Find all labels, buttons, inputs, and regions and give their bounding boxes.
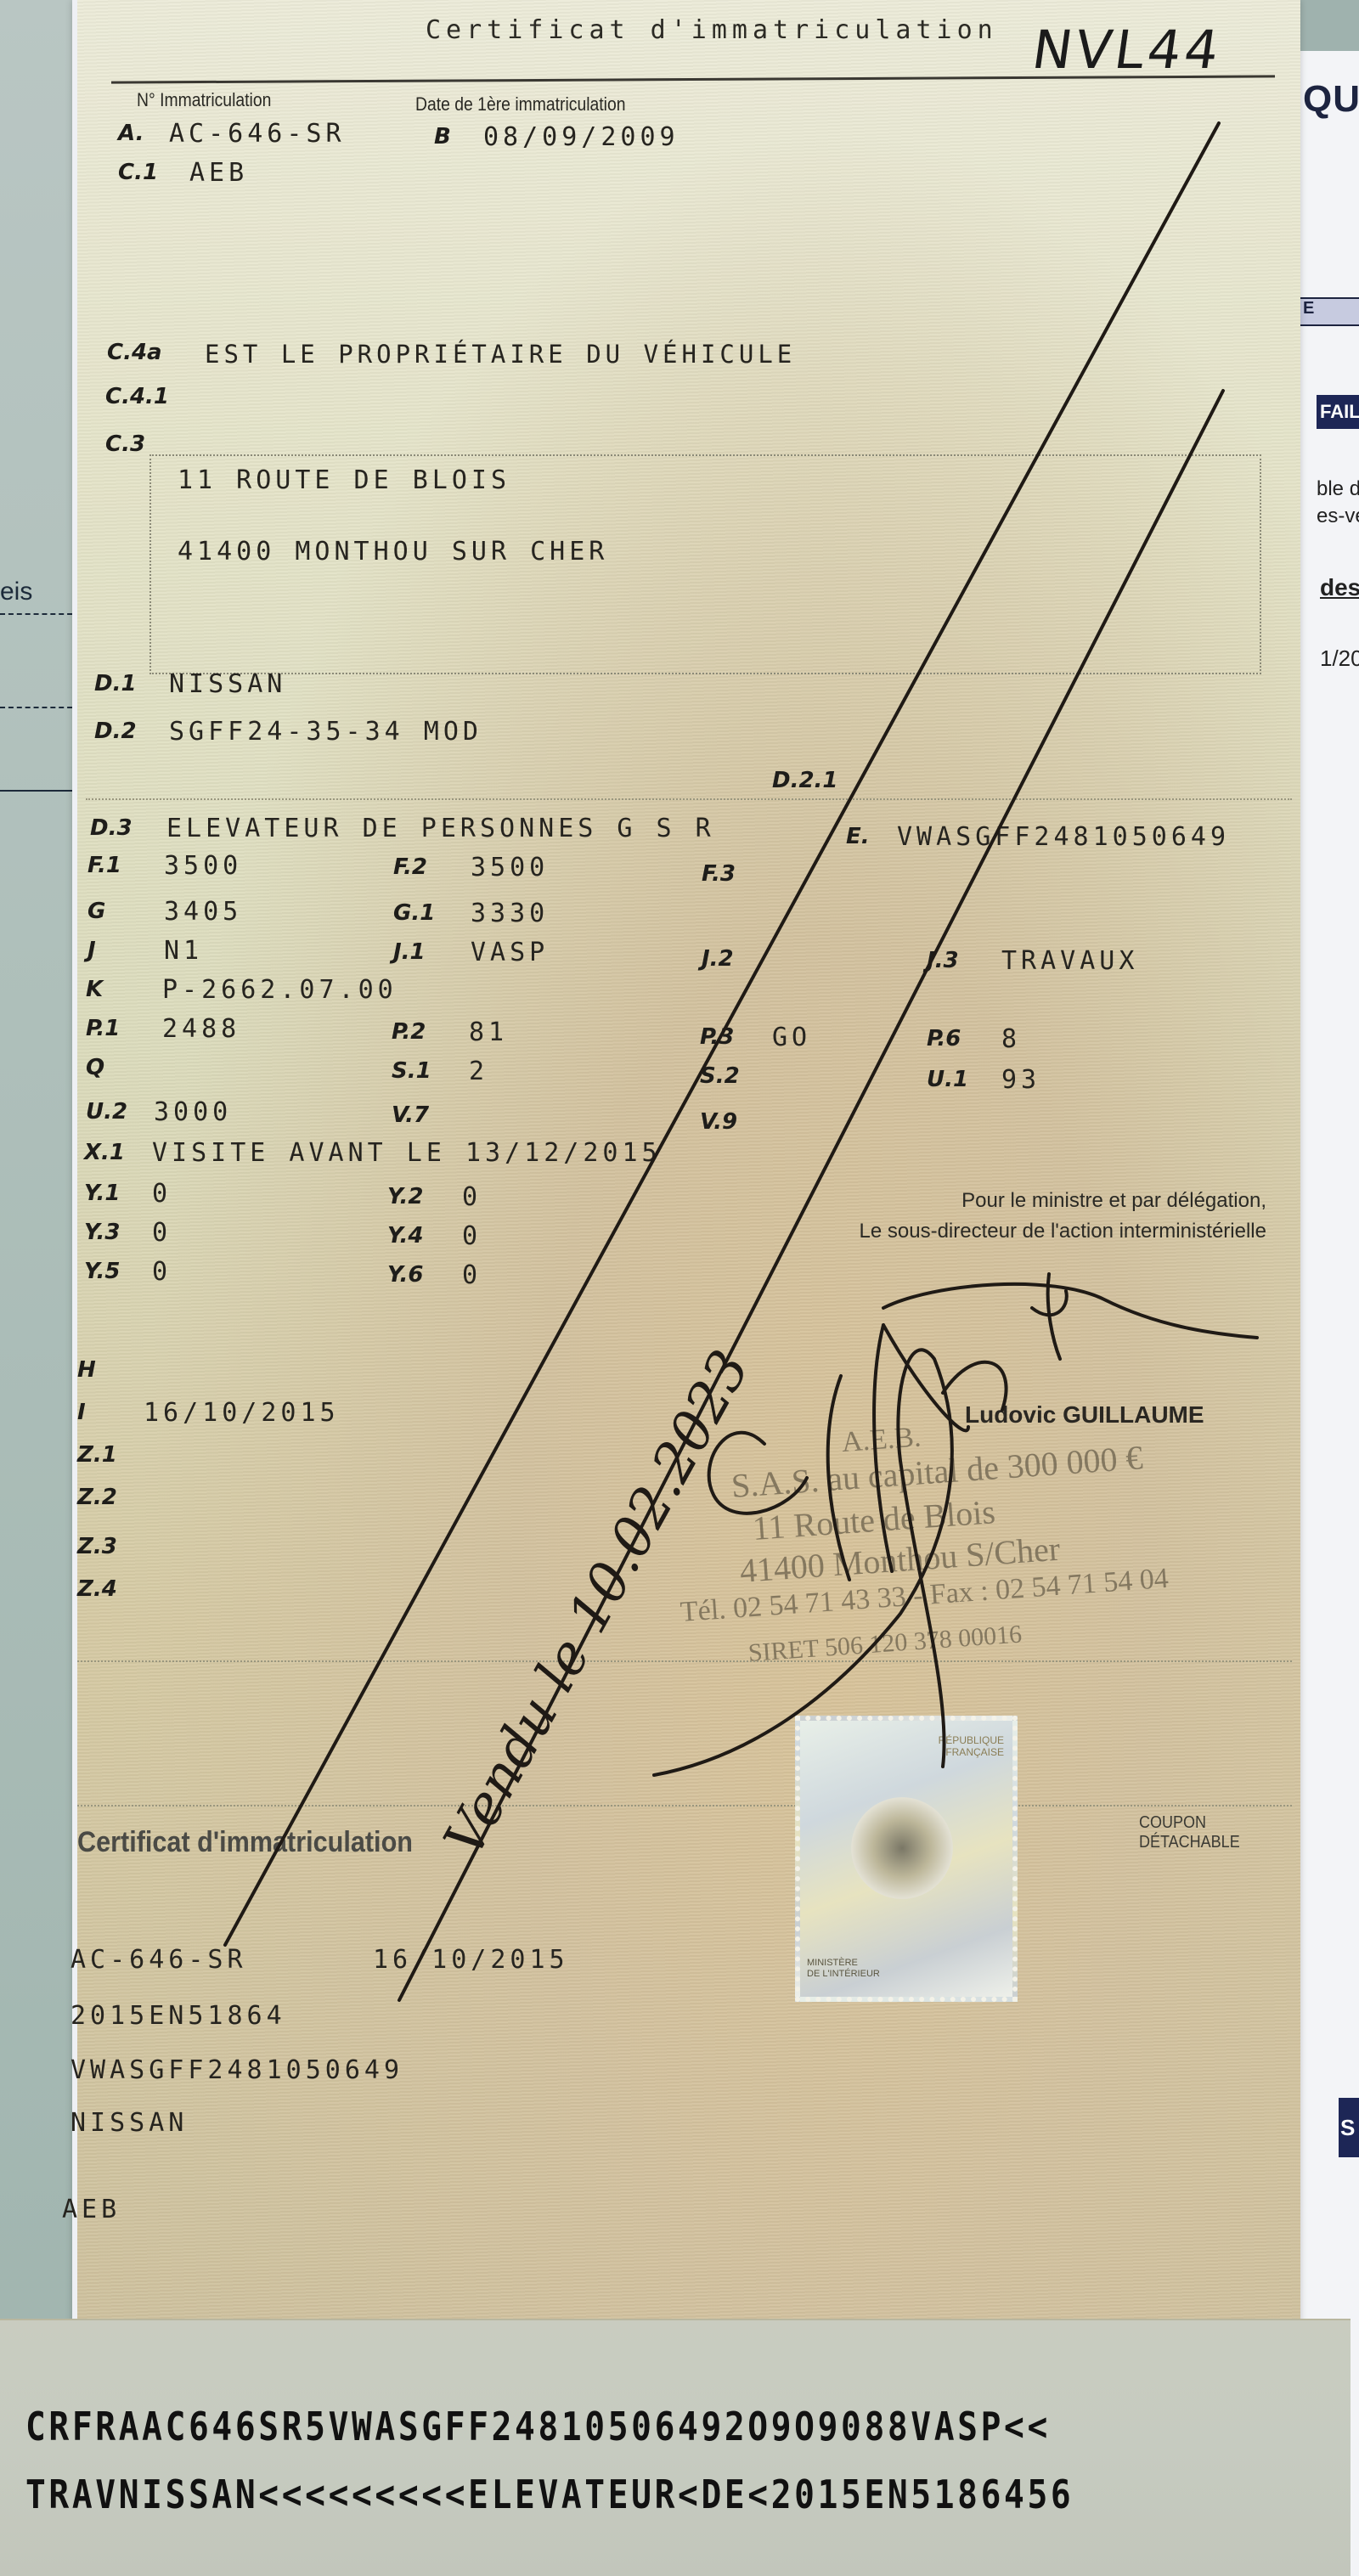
- divider: [0, 707, 81, 708]
- field-value-y4: 0: [462, 1221, 482, 1251]
- background-text-fragment: eis: [0, 578, 32, 606]
- field-code-f3: F.3: [702, 861, 736, 887]
- field-code-g: G: [87, 899, 105, 924]
- coupon-detachable-label: COUPON DÉTACHABLE: [1139, 1813, 1284, 1852]
- field-code-d1: D.1: [94, 671, 137, 696]
- field-code-u2: U.2: [86, 1099, 127, 1125]
- field-code-y5: Y.5: [84, 1259, 121, 1284]
- field-value-i: 16/10/2015: [144, 1398, 340, 1428]
- coupon-registration: AC-646-SR: [70, 1945, 247, 1975]
- field-value-f2: 3500: [471, 853, 549, 882]
- background-link-fragment: des: [1320, 574, 1359, 601]
- coupon-make: NISSAN: [70, 2108, 188, 2138]
- handwritten-reference: NVL44: [1029, 19, 1226, 81]
- field-value-y1: 0: [152, 1179, 172, 1209]
- address-line-2: 41400 MONTHOU SUR CHER: [178, 537, 608, 566]
- field-value-g1: 3330: [471, 899, 549, 928]
- field-value-p3: GO: [772, 1023, 811, 1052]
- field-code-z1: Z.1: [77, 1442, 117, 1468]
- field-code-d21: D.2.1: [772, 768, 838, 793]
- field-value-y2: 0: [462, 1182, 482, 1212]
- field-code-c4a: C.4a: [107, 340, 162, 365]
- registration-number: AC-646-SR: [169, 119, 346, 149]
- field-value-x1: VISITE AVANT LE 13/12/2015: [152, 1138, 662, 1168]
- field-value-j: N1: [164, 936, 203, 966]
- field-code-y4: Y.4: [387, 1223, 424, 1249]
- coupon-vin: VWASGFF2481050649: [70, 2055, 403, 2085]
- field-value-u2: 3000: [154, 1097, 232, 1127]
- field-value-k: P-2662.07.00: [162, 975, 398, 1005]
- registration-number-header: N° Immatriculation: [137, 89, 271, 111]
- field-code-y3: Y.3: [84, 1220, 121, 1245]
- hologram-emblem-icon: [851, 1797, 953, 1899]
- background-banner-fragment: FAILL: [1317, 395, 1359, 429]
- field-code-v7: V.7: [392, 1102, 429, 1128]
- field-code-s2: S.2: [700, 1063, 740, 1089]
- field-value-u1: 93: [1001, 1065, 1040, 1095]
- field-code-c1: C.1: [118, 160, 158, 185]
- field-code-j2: J.2: [702, 946, 734, 972]
- address-line-1: 11 ROUTE DE BLOIS: [178, 465, 510, 495]
- divider: [77, 1660, 1292, 1662]
- background-heading-fragment: QUE: [1303, 78, 1359, 121]
- field-value-g: 3405: [164, 897, 242, 927]
- field-code-x1: X.1: [84, 1140, 125, 1165]
- signature-caption-2: Le sous-directeur de l'action interminis…: [757, 1220, 1266, 1243]
- field-code-z3: Z.3: [77, 1534, 117, 1559]
- background-document-right: QUE E FAILL ble dees-ve des 1/20 S: [1291, 51, 1359, 2576]
- hologram-top-text: RÉPUBLIQUE FRANÇAISE: [939, 1734, 1004, 1758]
- field-code-k: K: [86, 977, 103, 1002]
- certificate-title: Certificat d'immatriculation: [426, 15, 998, 45]
- field-value-d3: ELEVATEUR DE PERSONNES G S R: [166, 814, 715, 843]
- field-code-j: J: [87, 938, 96, 963]
- field-value-s1: 2: [469, 1057, 488, 1086]
- field-code-d3: D.3: [90, 815, 133, 841]
- field-code-g1: G.1: [393, 900, 435, 926]
- coupon-title: Certificat d'immatriculation: [77, 1826, 413, 1859]
- field-code-c41: C.4.1: [105, 384, 169, 409]
- field-value-c4a: EST LE PROPRIÉTAIRE DU VÉHICULE: [205, 340, 796, 369]
- machine-readable-zone: CRFRAAC646SR5VWASGFF24810506492O9O9088VA…: [0, 2319, 1351, 2576]
- field-value-f1: 3500: [164, 851, 242, 881]
- field-code-q: Q: [86, 1055, 104, 1080]
- coupon-date: 16/10/2015: [373, 1945, 569, 1975]
- first-registration-header: Date de 1ère immatriculation: [415, 93, 626, 116]
- field-code-h: H: [77, 1357, 96, 1383]
- registration-certificate: Certificat d'immatriculation NVL44 N° Im…: [72, 0, 1300, 2327]
- field-code-p1: P.1: [86, 1016, 120, 1041]
- divider: [86, 798, 1292, 800]
- background-banner-fragment: S: [1339, 2098, 1359, 2157]
- field-code-p2: P.2: [392, 1019, 426, 1045]
- field-code-p3: P.3: [700, 1024, 734, 1050]
- field-code-y1: Y.1: [84, 1181, 121, 1206]
- signatory-name: Ludovic GUILLAUME: [965, 1401, 1204, 1429]
- field-code-f2: F.2: [393, 854, 427, 880]
- hologram-seal: RÉPUBLIQUE FRANÇAISE MINISTÈRE DE L'INTÉ…: [795, 1716, 1018, 2002]
- field-code-b: B: [434, 124, 451, 149]
- background-band-fragment: E: [1300, 297, 1359, 326]
- field-value-y5: 0: [152, 1257, 172, 1287]
- field-code-f1: F.1: [87, 853, 121, 878]
- field-value-p6: 8: [1001, 1024, 1021, 1054]
- field-code-z4: Z.4: [77, 1576, 117, 1602]
- background-text-fragment: ble dees-ve: [1317, 476, 1359, 530]
- field-code-p6: P.6: [927, 1026, 961, 1051]
- field-value-c1: AEB: [189, 158, 248, 188]
- field-value-y3: 0: [152, 1218, 172, 1248]
- mrz-line-2: TRAVNISSAN<<<<<<<<<ELEVATEUR<DE<2015EN51…: [25, 2472, 1074, 2517]
- field-code-j1: J.1: [393, 939, 426, 965]
- field-code-a: A.: [118, 121, 144, 146]
- field-value-d1: NISSAN: [169, 669, 286, 699]
- field-code-y2: Y.2: [387, 1184, 424, 1209]
- field-code-u1: U.1: [927, 1067, 968, 1092]
- field-value-j1: VASP: [471, 938, 549, 967]
- divider: [0, 790, 81, 792]
- field-value-j3: TRAVAUX: [1001, 946, 1138, 976]
- field-code-j3: J.3: [927, 948, 959, 973]
- field-code-v9: V.9: [700, 1109, 737, 1135]
- field-code-e: E.: [846, 824, 870, 849]
- field-code-c3: C.3: [105, 431, 145, 457]
- field-code-z2: Z.2: [77, 1485, 117, 1510]
- divider: [0, 613, 81, 615]
- field-code-i: I: [77, 1400, 86, 1425]
- field-code-s1: S.1: [392, 1058, 431, 1084]
- coupon-form-number: 2015EN51864: [70, 2001, 286, 2031]
- field-value-p2: 81: [469, 1017, 508, 1047]
- field-value-p1: 2488: [162, 1014, 240, 1044]
- field-value-d2: SGFF24-35-34 MOD: [169, 717, 482, 747]
- mrz-line-1: CRFRAAC646SR5VWASGFF24810506492O9O9088VA…: [25, 2404, 1051, 2449]
- vin: VWASGFF2481050649: [897, 822, 1230, 852]
- first-registration-date: 08/09/2009: [483, 122, 679, 152]
- field-code-d2: D.2: [94, 719, 137, 744]
- coupon-holder: AEB: [62, 2195, 121, 2224]
- field-value-y6: 0: [462, 1260, 482, 1290]
- divider: [77, 1805, 1292, 1807]
- background-date-fragment: 1/20: [1320, 645, 1359, 672]
- hologram-bottom-text: MINISTÈRE DE L'INTÉRIEUR: [807, 1958, 880, 1980]
- signature-caption-1: Pour le ministre et par délégation,: [842, 1189, 1266, 1213]
- field-code-y6: Y.6: [387, 1262, 424, 1288]
